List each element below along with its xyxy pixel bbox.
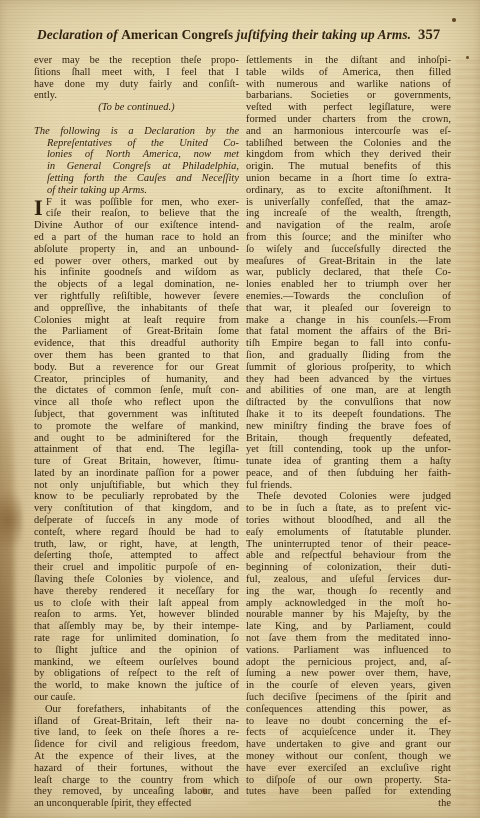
text-line: conteſt, where regard ſhould be had to (34, 527, 239, 539)
text-line: lonies enabled her to triumph over her (246, 279, 451, 291)
text-line: Divine Author of our exiſtence intend- (34, 220, 239, 232)
text-line: is univerſally confeſſed, that the amaz- (246, 197, 451, 209)
text-line: in the courſe of eleven years, given (246, 680, 451, 692)
text-line: have thereby rendered it neceſſary for (34, 586, 239, 598)
text-line: ordinary, as to excite aſtoniſhment. It (246, 185, 451, 197)
text-line: Repreſentatives of the United Co- (34, 138, 239, 150)
text-line: ſetting forth the Cauſes and Neceſſity (34, 173, 239, 185)
text-line: meaſures of Great-Britain in the late (246, 256, 451, 268)
text-line: tabliſhed between the Colonies and the (246, 138, 451, 150)
text-line: tiſh Empire began to fall into confu- (246, 338, 451, 350)
text-line: barbarians. Societies or governments, (246, 90, 451, 102)
text-line: body. But a reverence for our Great (34, 362, 239, 374)
text-line: that fatal moment the affairs of the Bri… (246, 326, 451, 338)
text-line: union became in a ſhort time ſo extra- (246, 173, 451, 185)
text-line: iſland of Great-Britain, left their na- (34, 716, 239, 728)
text-line: not only unjuſtifiable, but which they (34, 480, 239, 492)
text-line: evidence, that this dreadful authority (34, 338, 239, 350)
paper-speck (466, 56, 469, 59)
text-line: have ever exerciſed an excluſive right (246, 763, 451, 775)
text-line: amply acknowledged in the moſt ho- (246, 598, 451, 610)
right-column: ſettlements in the diſtant and inhoſpi-t… (246, 55, 451, 810)
text-line: The following is a Declaration by the (34, 126, 239, 138)
page-title: Declaration of American Congreſs juſtify… (37, 27, 411, 42)
text-line: ſidence for civil and religious freedom, (34, 739, 239, 751)
text-line: Creator, principles of humanity, and (34, 374, 239, 386)
text-line: ciſe their reaſon, to believe that the (34, 208, 239, 220)
text-line: over them has been granted to that (34, 350, 239, 362)
text-line: formed under charters from the crown, (246, 114, 451, 126)
text-line: by obligations of reſpect to the reſt of (34, 668, 239, 680)
text-line: attainment of that end. The legiſla- (34, 444, 239, 456)
text-line: an unconquerable ſpirit, they effected (34, 798, 239, 810)
text-line: the (246, 798, 451, 810)
text-line: vations. Parliament was influenced to (246, 645, 451, 657)
left-column: ever may be the reception theſe propo-ſi… (34, 55, 239, 810)
text-line: hazard of their fortunes, without the (34, 763, 239, 775)
text-line: yet ſtill contending, took up the unfor- (246, 444, 451, 456)
text-line: At the expence of their lives, at the (34, 751, 239, 763)
text-line: the world, to make known the juſtice of (34, 680, 239, 692)
text-line: table wilds of America, then filled (246, 67, 451, 79)
text-line: and an harmonious intercourſe was eſ- (246, 126, 451, 138)
text-line: IF it was poſſible for men, who exer- (34, 197, 239, 209)
text-line: ſitions ſhall meet with, I feel that I (34, 67, 239, 79)
text-line: new miniſtry finding the brave foes of (246, 421, 451, 433)
text-line: the objects of a legal domination, ne- (34, 279, 239, 291)
text-line: that war, it pleaſed our ſovereign to (246, 303, 451, 315)
text-line: and abilities of one man, are at length (246, 385, 451, 397)
text-line: deſerting thoſe, attempted to affect (34, 550, 239, 562)
text-line: late King, and by Parliament, could (246, 621, 451, 633)
text-line: ing increaſe of the wealth, ſtrength, (246, 208, 451, 220)
text-line: ently. (34, 90, 239, 102)
text-line: that aſſembly may be, by their intempe- (34, 621, 239, 633)
text-line: and navigation of the realm, aroſe (246, 220, 451, 232)
text-line: make a change in his counſels.—From (246, 315, 451, 327)
text-line: their cruel and impolitic purpoſe of en- (34, 562, 239, 574)
text-line: vince all thoſe who reflect upon the (34, 397, 239, 409)
text-line: very conſtitution of that kingdom, and (34, 503, 239, 515)
text-line: deſperate of ſucceſs in any mode of (34, 515, 239, 527)
text-line: ſummit of glorious proſperity, to which (246, 362, 451, 374)
text-line: ful friends. (246, 480, 451, 492)
text-line: eaſy emoluments of ſtatutable plunder. (246, 527, 451, 539)
text-line: adopt the pernicious project, and, aſ- (246, 657, 451, 669)
text-line: and ought to be adminiſtered for the (34, 433, 239, 445)
text-line: ever may be the reception theſe propo- (34, 55, 239, 67)
text-line: truth, law, or right, have, at length, (34, 539, 239, 551)
text-line: they had been advanced by the virtues (246, 374, 451, 386)
text-line: ſion, and gradually ſliding from the (246, 350, 451, 362)
text-line: Colonies might at leaſt require from (34, 315, 239, 327)
text-line: they removed, by unceaſing labour, and (34, 786, 239, 798)
text-line: veſted with perfect legiſlature, were (246, 102, 451, 114)
text-line: Britain, though frequently defeated, (246, 433, 451, 445)
text-line: abſolute property in, and an unbound- (34, 244, 239, 256)
text-line: kingdom from which they derived their (246, 149, 451, 161)
text-line: and oppreſſive, the inhabitants of theſe (34, 303, 239, 315)
text-line: our cauſe. (34, 692, 239, 704)
text-line: to ſlight juſtice and the opinion of (34, 645, 239, 657)
text-line: lonies of North America, now met (34, 149, 239, 161)
text-line: diſtracted by the convulſions that now (246, 397, 451, 409)
text-line: Our forefathers, inhabitants of the (34, 704, 239, 716)
text-line: ful, zealous, and uſeful ſervices dur- (246, 574, 451, 586)
text-line: rate rage for unlimited domination, ſo (34, 633, 239, 645)
text-line: tive land, to ſeek on theſe ſhores a re- (34, 727, 239, 739)
text-line: money without our conſent, though we (246, 751, 451, 763)
text-line: conſequences attending this power, as (246, 704, 451, 716)
text-line: lated by an inordinate paſſion for a pow… (34, 468, 239, 480)
text-line: the Parliament of Great-Britain ſome (34, 326, 239, 338)
text-line: leaſt charge to the country from which (34, 775, 239, 787)
text-line: his infinite goodneſs and wiſdom as (34, 267, 239, 279)
text-line: nourable manner by his Majeſty, by the (246, 609, 451, 621)
page-number: 357 (418, 27, 440, 43)
text-line: ſubject, that government was inſtituted (34, 409, 239, 421)
text-line: ver rightfully reſiſtible, however ſever… (34, 291, 239, 303)
header-segment: juſtifying their taking up Arms. (237, 27, 412, 42)
text-line: ture of Great Britain, however, ſtimu- (34, 456, 239, 468)
text-line: the dictates of common ſenſe, muſt con- (34, 385, 239, 397)
text-line: have done my duty fairly and conſiſt- (34, 79, 239, 91)
text-line: ſo wiſely and ſucceſsfully directed the (246, 244, 451, 256)
text-line: to diſpoſe of our own property. Sta- (246, 775, 451, 787)
text-line: not ſave them from the meditated inno- (246, 633, 451, 645)
text-line: to promote the welfare of mankind, (34, 421, 239, 433)
text-line: origin. The mutual benefits of this (246, 161, 451, 173)
text-line: ſettlements in the diſtant and inhoſpi- (246, 55, 451, 67)
text-line: ſuch deciſive ſpecimens of the ſpirit an… (246, 692, 451, 704)
text-line: tories without bloodſhed, and all the (246, 515, 451, 527)
text-line: of their taking up Arms. (34, 185, 239, 197)
text-line: able and reſpectful behaviour from the (246, 550, 451, 562)
text-line: ſuming a new power over them, have, (246, 668, 451, 680)
text-line: us to cloſe with their laſt appeal from (34, 598, 239, 610)
text-line: in General Congreſs at Philadelphia, (34, 161, 239, 173)
text-line: to be in ſuch a ſtate, as to preſent vic… (246, 503, 451, 515)
show-through-ghost-text (456, 60, 480, 805)
text-line: with numerous and warlike nations of (246, 79, 451, 91)
running-head: Declaration of American Congreſs juſtify… (37, 27, 453, 44)
text-line: enemies.—Towards the concluſion of (246, 291, 451, 303)
text-line: ing the war, though ſo recently and (246, 586, 451, 598)
paper-stain-left-band (0, 350, 14, 818)
text-line: to leave no doubt concerning the ef- (246, 716, 451, 728)
header-segment: Declaration of (37, 27, 121, 42)
book-page: Declaration of American Congreſs juſtify… (0, 0, 480, 818)
text-line: peace, and of then ſubduing her faith- (246, 468, 451, 480)
text-line: ed a part of the human race to hold an (34, 232, 239, 244)
text-line: tutes have been paſſed for extending (246, 786, 451, 798)
header-segment: American Congreſs (121, 27, 236, 42)
text-line: (To be continued.) (34, 102, 239, 114)
text-line: ed power over others, marked out by (34, 256, 239, 268)
text-line: from this ſource; and the miniſter who (246, 232, 451, 244)
text-line: war, publicly declared, that theſe Co- (246, 267, 451, 279)
text-line: have undertaken to give and grant our (246, 739, 451, 751)
text-line: Theſe devoted Colonies were judged (246, 491, 451, 503)
text-line: tunate idea of granting them a haſty (246, 456, 451, 468)
text-line: mankind, we eſteem ourſelves bound (34, 657, 239, 669)
text-line: know to be peculiarly reprobated by the (34, 491, 239, 503)
line-spacer (34, 114, 239, 126)
text-line: reaſon to arms. Yet, however blinded (34, 609, 239, 621)
text-line: ſhake it to its deepeſt foundations. The (246, 409, 451, 421)
text-line: The uninterrupted tenor of their peace- (246, 539, 451, 551)
text-line: ſlaving theſe Colonies by violence, and (34, 574, 239, 586)
paper-stain-left-blob (0, 480, 22, 560)
text-line: fects of acquieſcence under it. They (246, 727, 451, 739)
text-line: beginning of colonization, their duti- (246, 562, 451, 574)
paper-speck (452, 18, 456, 22)
